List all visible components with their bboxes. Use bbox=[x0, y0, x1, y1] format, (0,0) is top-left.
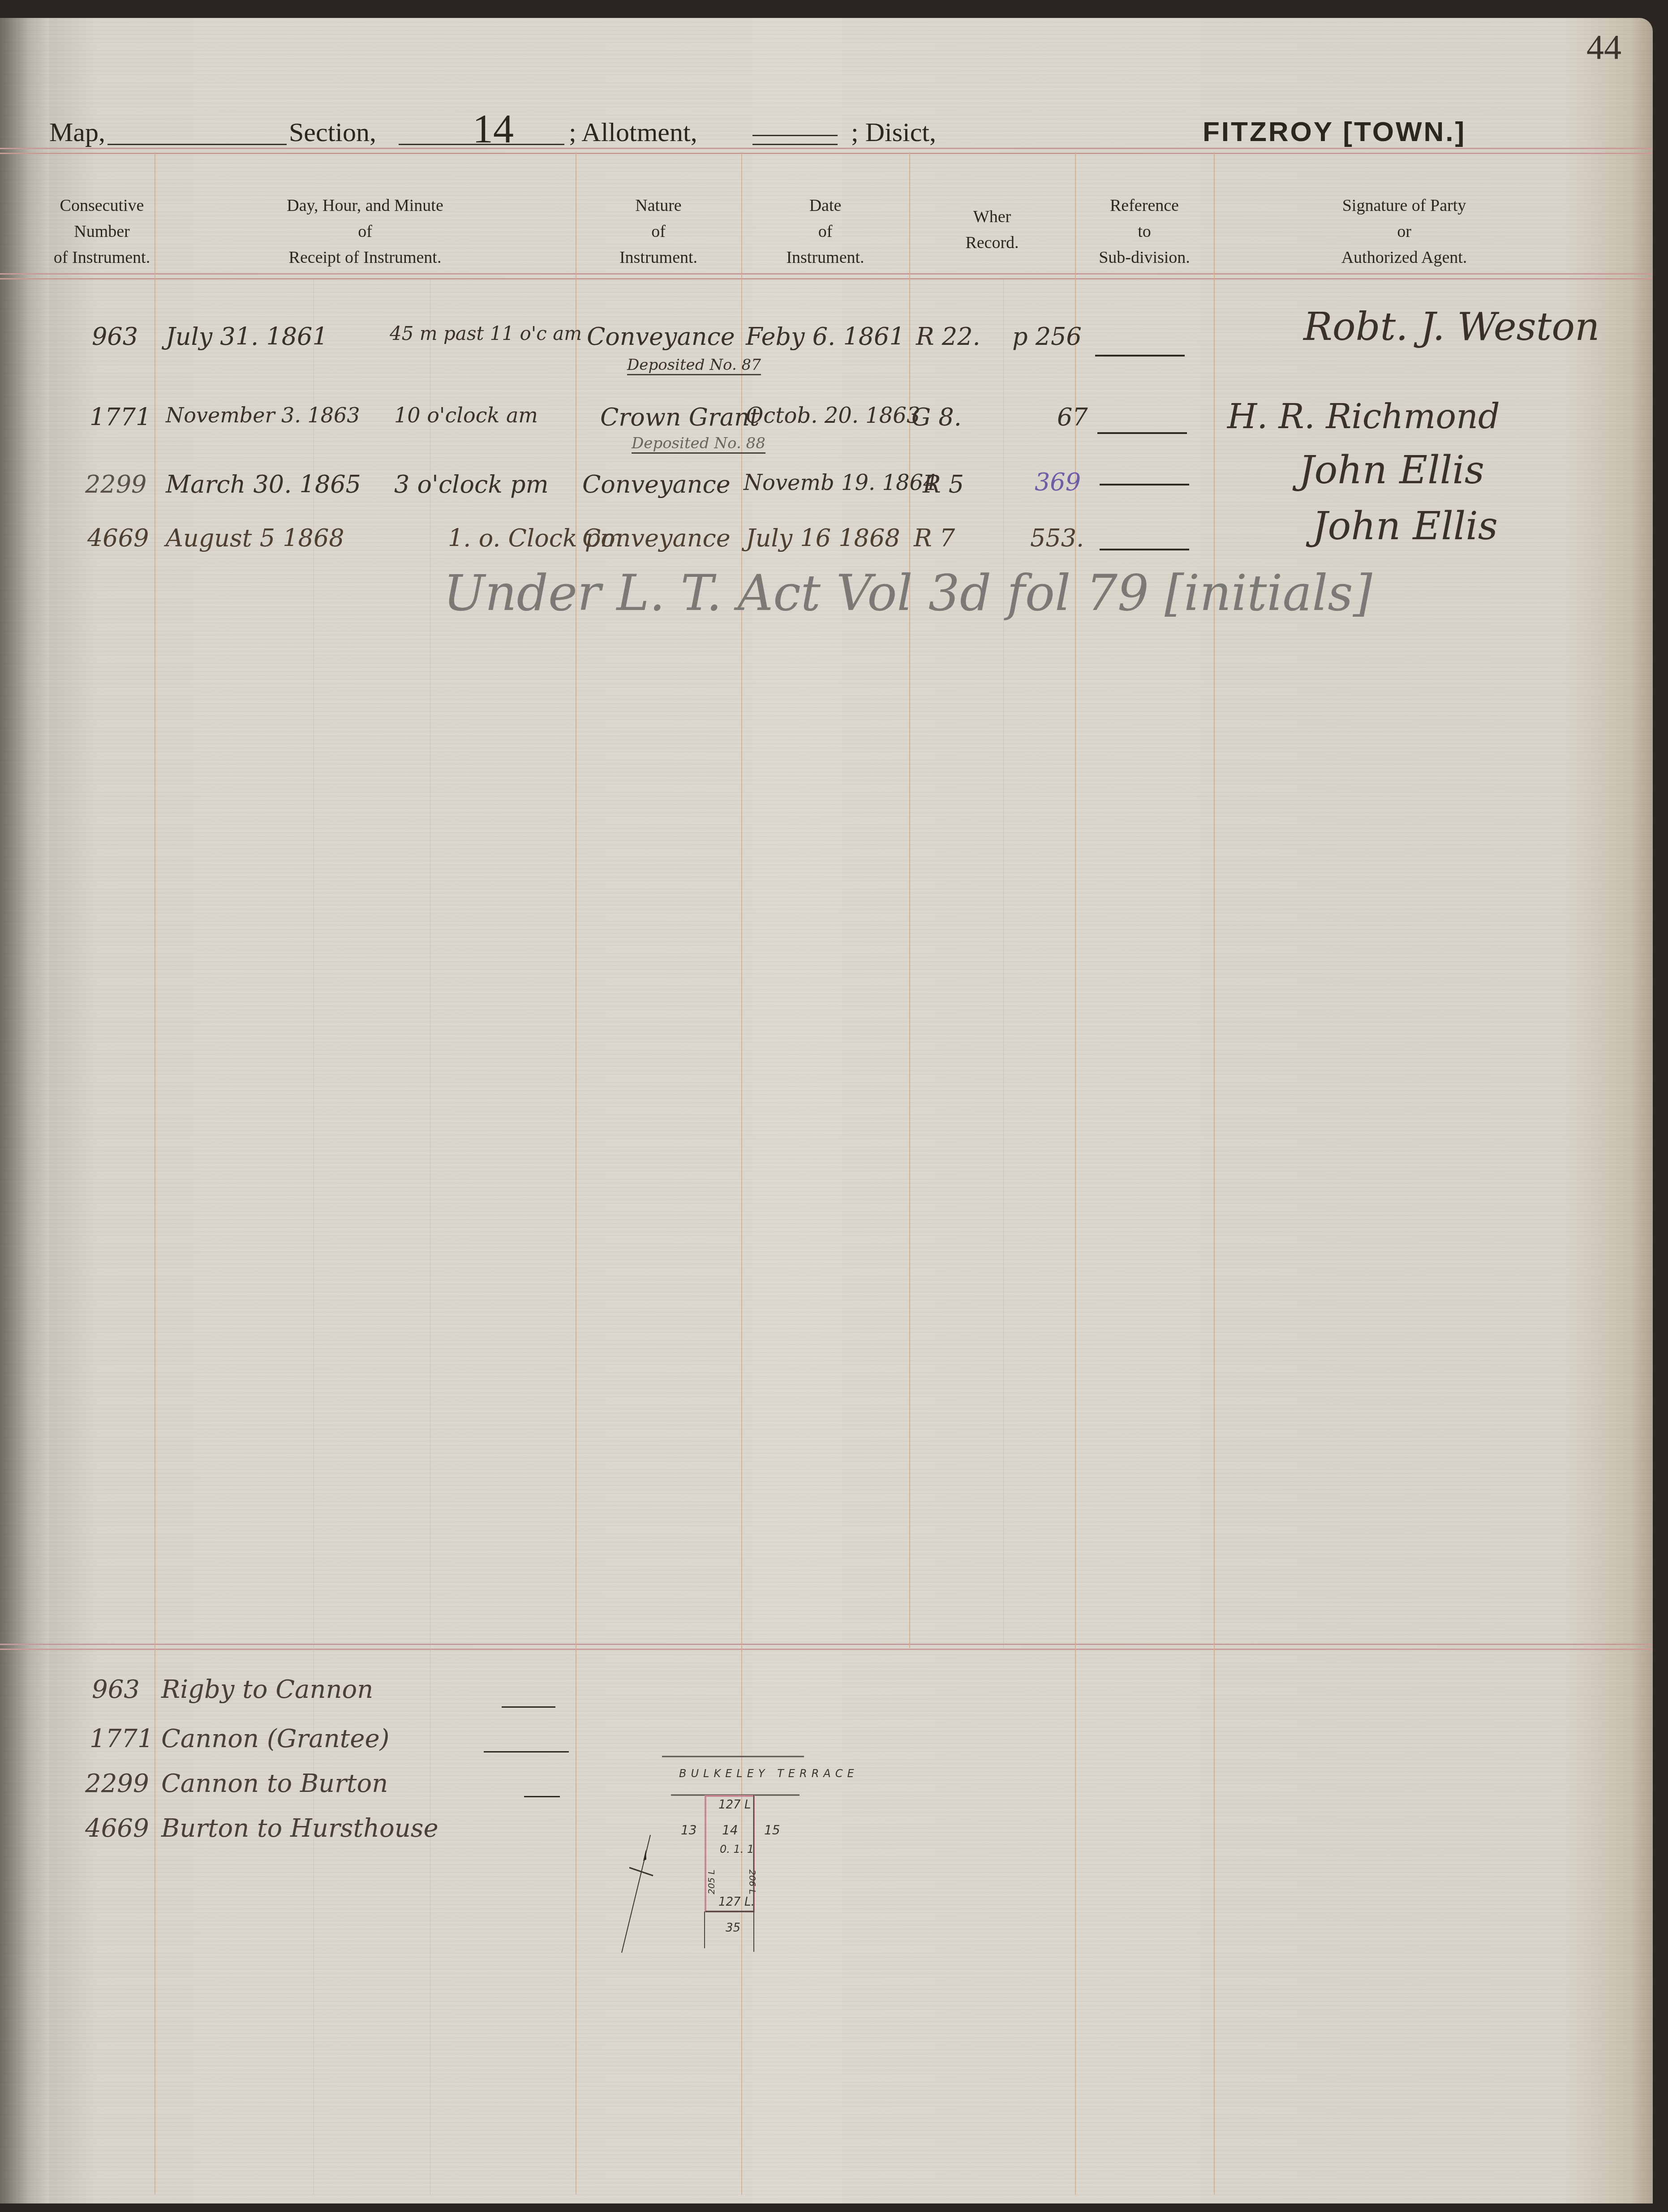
header-line: Number bbox=[49, 219, 155, 245]
header-line: Instrument. bbox=[576, 245, 741, 271]
entry-receipt-time: 10 o'clock am bbox=[394, 403, 538, 427]
map-label: Map, bbox=[49, 117, 105, 148]
header-line: Instrument. bbox=[741, 245, 909, 271]
header-record: Wher Record. bbox=[909, 204, 1075, 256]
entry-instrument-date: Octob. 20. 1863 bbox=[746, 403, 920, 428]
history-text: Rigby to Cannon bbox=[161, 1675, 373, 1704]
plan-rear-dimension: 127 L. bbox=[718, 1895, 755, 1909]
header-line: to bbox=[1075, 219, 1214, 245]
entry-signature: H. R. Richmond bbox=[1227, 396, 1500, 436]
column-subdivider bbox=[314, 278, 314, 2195]
allotment-field-line bbox=[752, 135, 838, 136]
header-line: Sub-division. bbox=[1075, 245, 1214, 271]
history-dash bbox=[484, 1751, 569, 1752]
entry-record-page: 67 bbox=[1057, 403, 1088, 431]
column-divider bbox=[1075, 152, 1076, 2195]
entry-record-book: R 22. bbox=[916, 322, 980, 351]
entry-receipt-date: July 31. 1861 bbox=[166, 322, 328, 351]
header-nature: Nature of Instrument. bbox=[576, 193, 741, 271]
plan-left-dimension: 205 L bbox=[706, 1869, 717, 1894]
plan-right-neighbor: 15 bbox=[764, 1823, 780, 1838]
header-line: Receipt of Instrument. bbox=[155, 245, 576, 271]
history-text: Burton to Hursthouse bbox=[161, 1814, 438, 1843]
district-label: ; Disict, bbox=[851, 117, 936, 148]
header-line: Reference bbox=[1075, 193, 1214, 219]
plan-left-neighbor: 13 bbox=[681, 1823, 697, 1838]
history-number: 963 bbox=[92, 1675, 140, 1704]
column-subdivider bbox=[1003, 278, 1004, 1648]
entry-reference-dash bbox=[1100, 484, 1189, 485]
book-gutter bbox=[0, 18, 49, 2203]
column-divider bbox=[909, 152, 910, 1648]
section-label: Section, bbox=[289, 117, 376, 148]
entry-instrument-date: July 16 1868 bbox=[746, 524, 900, 552]
entry-reference-dash bbox=[1097, 432, 1187, 434]
header-line: of bbox=[576, 219, 741, 245]
column-divider bbox=[576, 152, 576, 2195]
entry-nature-note: Deposited No. 88 bbox=[632, 434, 765, 454]
history-dash bbox=[524, 1796, 560, 1797]
entry-nature-note: Deposited No. 87 bbox=[627, 356, 761, 375]
pencil-note: Under L. T. Act Vol 3d fol 79 [initials] bbox=[443, 564, 1372, 622]
district-value: FITZROY [TOWN.] bbox=[1203, 116, 1466, 148]
entry-record-book: R 7 bbox=[914, 524, 955, 552]
history-text: Cannon to Burton bbox=[161, 1769, 388, 1798]
header-bottom-rule bbox=[0, 273, 1653, 279]
header-line: Day, Hour, and Minute bbox=[155, 193, 576, 219]
header-date: Date of Instrument. bbox=[741, 193, 909, 271]
history-number: 1771 bbox=[90, 1724, 154, 1753]
page-number: 44 bbox=[1586, 27, 1621, 67]
entry-instrument-date: Feby 6. 1861 bbox=[746, 322, 905, 351]
header-line: Consecutive bbox=[49, 193, 155, 219]
plan-street-label: BULKELEY TERRACE bbox=[679, 1767, 859, 1780]
plan-right-dimension: 206 L bbox=[747, 1869, 758, 1894]
entry-record-page: 369 bbox=[1035, 468, 1081, 496]
allotment-field bbox=[752, 144, 838, 145]
column-divider bbox=[1214, 152, 1215, 2195]
header-line: Signature of Party bbox=[1214, 193, 1595, 219]
history-number: 2299 bbox=[85, 1769, 149, 1798]
entry-record-page: 553. bbox=[1030, 524, 1084, 552]
header-line: or bbox=[1214, 219, 1595, 245]
header-line: of bbox=[741, 219, 909, 245]
plan-drawing bbox=[605, 1742, 1008, 2033]
header-consecutive-number: Consecutive Number of Instrument. bbox=[49, 193, 155, 271]
entry-reference-dash bbox=[1100, 549, 1189, 550]
column-divider bbox=[155, 152, 155, 2195]
history-number: 4669 bbox=[85, 1814, 149, 1843]
footer-divider-rule bbox=[0, 1644, 1653, 1650]
header-line: Authorized Agent. bbox=[1214, 245, 1595, 271]
plan-rear-neighbor: 35 bbox=[726, 1921, 740, 1935]
entry-nature: Conveyance bbox=[587, 322, 735, 351]
entry-signature: John Ellis bbox=[1312, 504, 1498, 549]
entry-number: 2299 bbox=[85, 470, 146, 498]
entry-nature: Conveyance bbox=[582, 524, 731, 552]
map-field bbox=[107, 144, 287, 145]
entry-signature: Robt. J. Weston bbox=[1303, 305, 1599, 349]
header-line: of bbox=[155, 219, 576, 245]
entry-receipt-time: 45 m past 11 o'c am bbox=[390, 322, 582, 344]
header-line: Date bbox=[741, 193, 909, 219]
entry-number: 4669 bbox=[87, 524, 149, 552]
header-reference: Reference to Sub-division. bbox=[1075, 193, 1214, 271]
entry-nature: Conveyance bbox=[582, 470, 731, 498]
header-line: of Instrument. bbox=[49, 245, 155, 271]
header-line: Nature bbox=[576, 193, 741, 219]
entry-signature: John Ellis bbox=[1299, 448, 1484, 493]
entry-receipt-date: November 3. 1863 bbox=[166, 403, 360, 427]
header-line: Record. bbox=[909, 230, 1075, 256]
entry-record-book: R 5 bbox=[923, 470, 964, 498]
entry-reference-dash bbox=[1095, 355, 1185, 356]
entry-instrument-date: Novemb 19. 1864 bbox=[744, 470, 937, 495]
entry-number: 963 bbox=[92, 322, 138, 351]
entry-receipt-date: August 5 1868 bbox=[166, 524, 344, 552]
plan-area: 0. 1. 1 bbox=[720, 1843, 754, 1856]
north-arrow-icon bbox=[622, 1835, 650, 1953]
header-line: Wher bbox=[909, 204, 1075, 230]
allotment-label: ; Allotment, bbox=[569, 117, 697, 148]
header-top-rule bbox=[0, 148, 1653, 154]
register-page: 44 Map, Section, 14 ; Allotment, ; Disic… bbox=[0, 18, 1653, 2203]
section-value: 14 bbox=[473, 105, 514, 152]
column-subdivider bbox=[430, 278, 430, 2195]
header-receipt: Day, Hour, and Minute of Receipt of Inst… bbox=[155, 193, 576, 271]
entry-number: 1771 bbox=[90, 403, 151, 431]
entry-record-book: G 8. bbox=[911, 403, 962, 431]
plan-front-dimension: 127 L bbox=[718, 1798, 751, 1812]
header-signature: Signature of Party or Authorized Agent. bbox=[1214, 193, 1595, 271]
plan-lot-number: 14 bbox=[722, 1823, 738, 1838]
entry-nature: Crown Grant bbox=[600, 403, 759, 431]
entry-receipt-time: 3 o'clock pm bbox=[394, 470, 549, 498]
entry-record-page: p 256 bbox=[1012, 322, 1082, 351]
history-text: Cannon (Grantee) bbox=[161, 1724, 389, 1753]
history-dash bbox=[502, 1706, 555, 1708]
entry-receipt-date: March 30. 1865 bbox=[166, 470, 361, 498]
